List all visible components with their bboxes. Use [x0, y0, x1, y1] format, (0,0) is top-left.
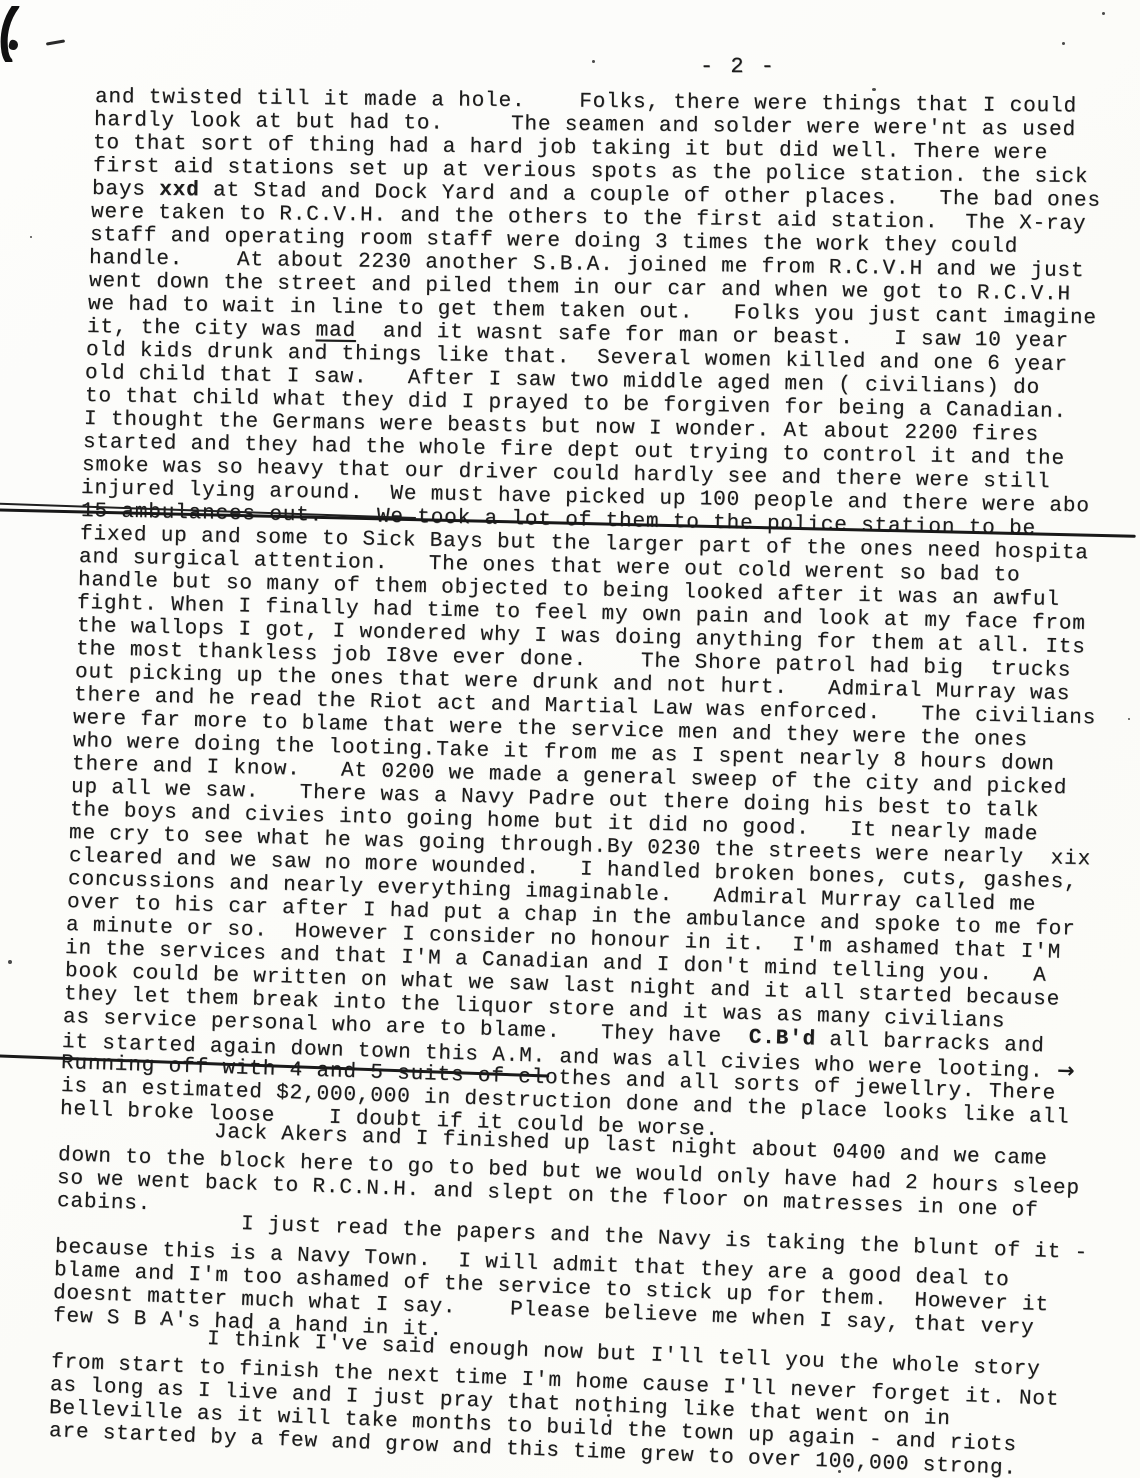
text-segment: bays: [92, 178, 160, 202]
speck: [1102, 12, 1105, 15]
speck: [1128, 718, 1130, 720]
page-number: - 2 -: [700, 54, 776, 79]
speck: [160, 1322, 163, 1325]
text-segment: mad: [315, 319, 356, 343]
speck: [30, 236, 32, 238]
speck: [607, 1414, 610, 1417]
pen-dash-mark: [46, 39, 65, 45]
text-segment: it, the city was: [87, 316, 316, 342]
document-body: and twisted till it made a hole. Folks, …: [0, 86, 1140, 1443]
scanned-letter-page: - 2 - and twisted till it made a hole. F…: [0, 0, 1140, 1478]
speck: [838, 1470, 841, 1473]
text-segment: xxd: [159, 179, 200, 202]
text-segment: C.B'd: [748, 1026, 816, 1051]
speck: [8, 960, 12, 964]
ink-blob-mark: [0, 6, 26, 62]
speck: [872, 88, 876, 91]
pen-arrow-mark: →: [1057, 1058, 1076, 1083]
speck: [592, 60, 595, 63]
speck: [1062, 42, 1065, 45]
